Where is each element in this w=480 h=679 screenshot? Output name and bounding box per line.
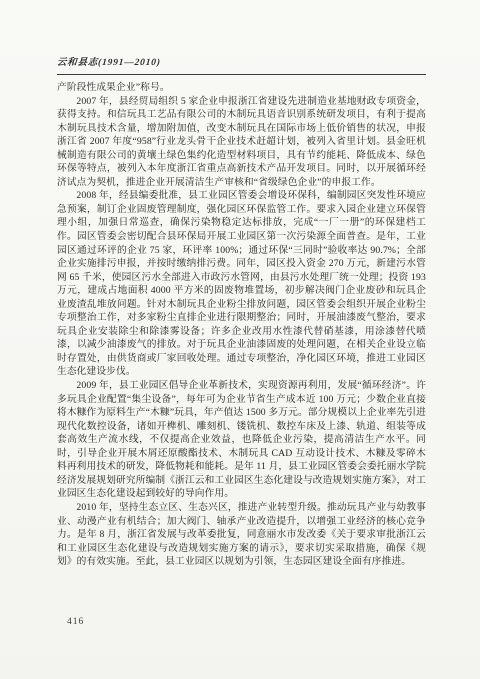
running-header: 云和县志(1991—2010) (57, 52, 426, 75)
page-number: 416 (67, 617, 84, 627)
scanned-book-page: 云和县志(1991—2010) 产阶段性成果企业”称号。2007 年，县经贸局组… (0, 0, 480, 679)
paragraph: 2010 年，坚持生态立区、生态兴区，推进产业转型升级。推动玩具产业与幼教事业、… (57, 501, 426, 569)
paragraph: 2008 年，经县编委批准，县工业园区管委会增设环保科，编制园区突发性环境应急预… (57, 189, 426, 379)
paragraph: 产阶段性成果企业”称号。 (57, 81, 426, 95)
book-title: 云和县志(1991—2010) (57, 54, 162, 68)
paragraph: 2007 年，县经贸局组织 5 家企业申报浙江省建设先进制造业基地财政专项资金，… (57, 95, 426, 190)
document-body: 产阶段性成果企业”称号。2007 年，县经贸局组织 5 家企业申报浙江省建设先进… (57, 81, 426, 569)
paragraph: 2009 年，县工业园区倡导企业革新技术，实现资源再利用，发展“循环经济”。许多… (57, 379, 426, 501)
